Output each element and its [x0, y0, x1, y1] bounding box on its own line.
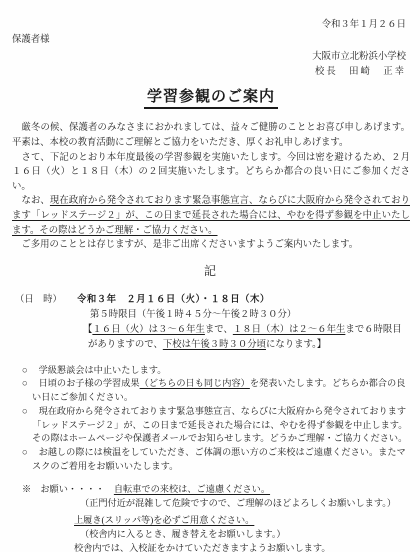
- bracket-u1: １６日（火）は３～６年生: [92, 325, 205, 335]
- note-item-4: ○お越しの際には検温をしていただき、ご体調の悪い方のご来校はご遠慮ください。また…: [12, 446, 410, 474]
- record-mark: 記: [12, 264, 410, 279]
- request-item-2-text: 上履き(スリッパ等)を必ずご用意ください。: [74, 515, 254, 525]
- circle-bullet-icon: ○: [22, 406, 28, 416]
- requests-section: ※ お願い・・・・ 自転車での来校は、ご遠慮ください。 （正門付近が混雑して危険…: [22, 483, 410, 552]
- greeting-p3-prefix: なお、: [12, 196, 50, 206]
- note-item-1-text: 学級懇談会は中止いたします。: [39, 365, 167, 375]
- request-item-2: 上履き(スリッパ等)を必ずご用意ください。: [74, 514, 410, 528]
- principal-name: 校長 田崎 正幸: [12, 65, 410, 80]
- addressee: 保護者様: [12, 33, 410, 48]
- greeting-section: 厳冬の候、保護者のみなさまにおかれましては、益々ご健勝のこととお喜び申しあげます…: [12, 121, 410, 252]
- schedule-bracket-note: 【１６日（火）は３～６年生まで、１８日（木）は２～６年生まで６時限目がありますの…: [77, 323, 410, 353]
- bracket-t3: になります。】: [266, 340, 326, 350]
- notes-section: ○学級懇談会は中止いたします。 ○日頃のお子様の学習成果（どちらの日も同じ内容）…: [12, 364, 410, 474]
- greeting-paragraph-2: さて、下記のとおり本年度最後の学習参観を実施いたします。今回は密を避けるため、２…: [12, 151, 410, 195]
- circle-bullet-icon: ○: [22, 365, 28, 375]
- circle-bullet-icon: ○: [22, 447, 28, 457]
- greeting-paragraph-1: 厳冬の候、保護者のみなさまにおかれましては、益々ご健勝のこととお喜び申しあげます…: [12, 121, 410, 150]
- request-item-1: ※ お願い・・・・ 自転車での来校は、ご遠慮ください。: [22, 483, 410, 497]
- document-date: 令和３年１月２６日: [12, 18, 410, 33]
- schedule-section: （日 時） 令和３年 ２月１６日（火）・１８日（木） 第５時限目（午後１時４５分…: [12, 293, 410, 352]
- schedule-period-line: 第５時限目（午後１時４５分～午後２時３０分）: [77, 308, 410, 323]
- greeting-paragraph-4: ご多用のこととは存じますが、是非ご出席くださいますようご案内いたします。: [12, 238, 410, 253]
- note-item-3-text: 現在政府から発令されております緊急事態宣言、ならびに大阪府から発令されております…: [32, 406, 407, 444]
- schedule-date-line: 令和３年 ２月１６日（火）・１８日（木）: [77, 293, 410, 308]
- circle-bullet-icon: ○: [22, 378, 28, 388]
- note-item-4-text: お越しの際には検温をしていただき、ご体調の悪い方のご来校はご遠慮ください。またマ…: [32, 447, 406, 471]
- note-item-2: ○日頃のお子様の学習成果（どちらの日も同じ内容）を発表いたします。どちらか都合の…: [12, 377, 410, 405]
- bracket-open: 【: [83, 325, 92, 335]
- request-item-1-text: 自転車での来校は、ご遠慮ください。: [114, 484, 270, 494]
- document-title: 学習参観のご案内: [144, 89, 278, 109]
- schedule-label: （日 時）: [15, 293, 77, 352]
- bracket-u2: １８日（木）は２～６年生: [233, 325, 346, 335]
- request-item-3: 校舎内では、入校証をかけていただきますようお願いします。: [74, 542, 410, 552]
- title-row: 学習参観のご案内: [12, 89, 410, 109]
- asterisk-marker: ※ お願い・・・・: [22, 484, 114, 494]
- school-name: 大阪市立北粉浜小学校: [12, 50, 410, 65]
- note-item-2-underlined: （どちらの日も同じ内容）: [140, 378, 250, 388]
- greeting-p3-underlined: 現在政府から発令されております緊急事態宣言、ならびに大阪府から発令されております…: [12, 196, 410, 235]
- request-item-3-text: 校舎内では、入校証をかけていただきますようお願いします。: [74, 543, 331, 552]
- note-item-3: ○現在政府から発令されております緊急事態宣言、ならびに大阪府から発令されておりま…: [12, 405, 410, 446]
- bracket-t1: まで、: [205, 325, 233, 335]
- document-page: 令和３年１月２６日 保護者様 大阪市立北粉浜小学校 校長 田崎 正幸 学習参観の…: [0, 0, 420, 552]
- note-item-2-prefix: 日頃のお子様の学習成果: [39, 378, 140, 388]
- note-item-1: ○学級懇談会は中止いたします。: [12, 364, 410, 378]
- greeting-paragraph-3: なお、現在政府から発令されております緊急事態宣言、ならびに大阪府から発令されてお…: [12, 194, 410, 238]
- request-item-1-note: （正門付近が混雑して危険ですので、ご理解のほどよろしくお願いします。）: [80, 497, 410, 511]
- schedule-content: 令和３年 ２月１６日（火）・１８日（木） 第５時限目（午後１時４５分～午後２時３…: [77, 293, 410, 352]
- request-item-2-note: （校舎内に入るとき、履き替えをお願いします。）: [80, 528, 410, 542]
- bracket-u3: 下校は午後３時３０分頃: [163, 340, 266, 350]
